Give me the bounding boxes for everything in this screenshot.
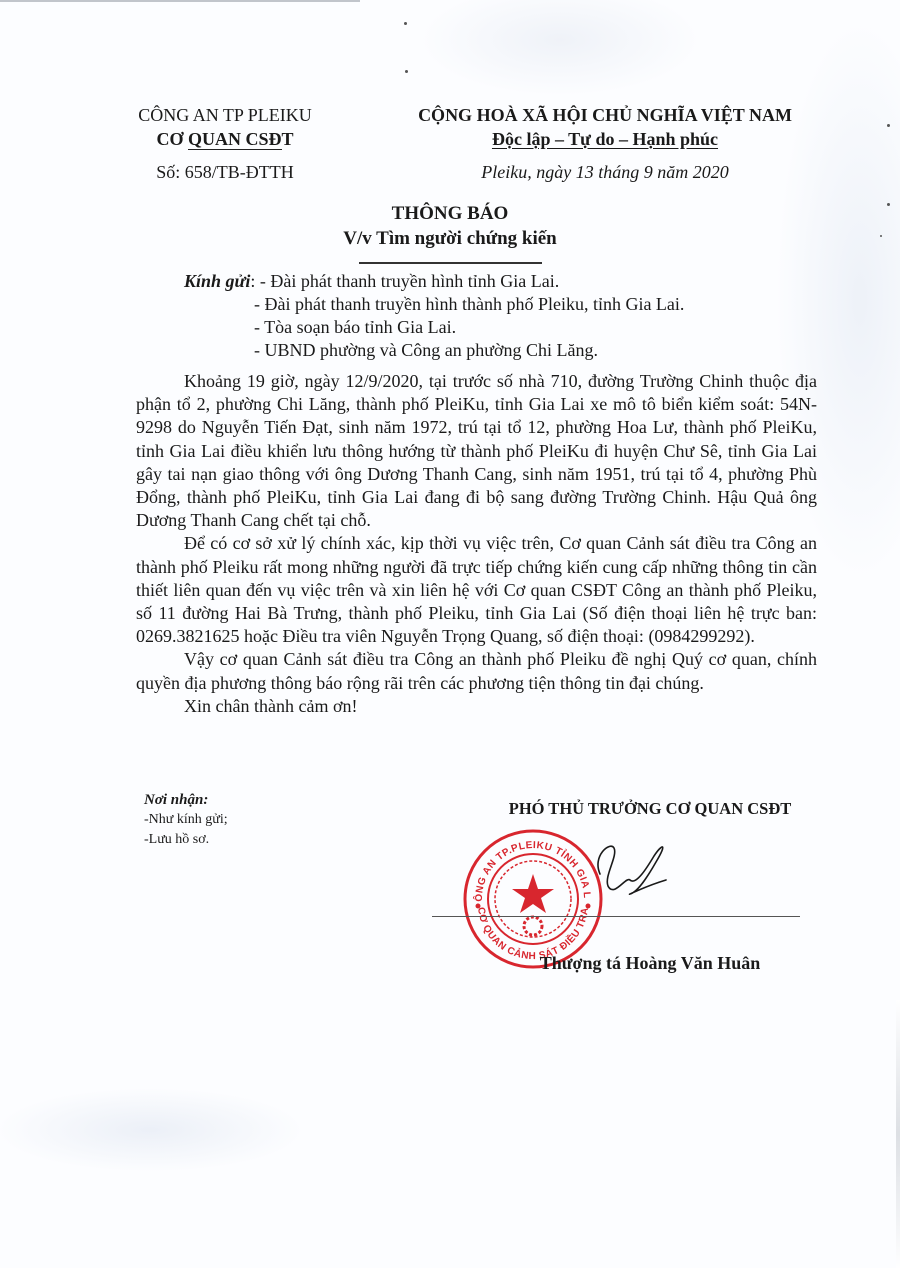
distribution-list: Nơi nhận: -Như kính gửi; -Lưu hồ sơ. [144,790,228,850]
issuing-agency: CÔNG AN TP PLEIKU CƠ QUAN CSĐT Số: 658/T… [110,103,340,184]
signer-name: Thượng tá Hoàng Văn Huân [470,953,830,974]
nation-name: CỘNG HOÀ XÃ HỘI CHỦ NGHĨA VIỆT NAM [380,103,830,127]
title-main: THÔNG BÁO [0,201,900,226]
scan-speck [404,22,407,25]
recipient-item: Kính gửi: - Đài phát thanh truyền hình t… [184,270,684,293]
official-seal-icon: CÔNG AN TP.PLEIKU TỈNH GIA LAI CƠ QUAN C… [462,828,604,970]
body-paragraph: Xin chân thành cảm ơn! [136,695,817,718]
national-motto: Độc lập – Tự do – Hạnh phúc [380,127,830,151]
document-body: Khoảng 19 giờ, ngày 12/9/2020, tại trước… [136,370,817,718]
body-paragraph: Khoảng 19 giờ, ngày 12/9/2020, tại trước… [136,370,817,532]
signature-line [432,916,800,917]
signer-title: PHÓ THỦ TRƯỞNG CƠ QUAN CSĐT [470,799,830,819]
recipients: Kính gửi: - Đài phát thanh truyền hình t… [184,270,684,362]
distribution-item: -Lưu hồ sơ. [144,830,228,850]
document-title: THÔNG BÁO V/v Tìm người chứng kiến [0,201,900,264]
agency-parent: CÔNG AN TP PLEIKU [110,103,340,127]
recipient-item: - Đài phát thanh truyền hình thành phố P… [184,293,684,316]
body-paragraph: Để có cơ sở xử lý chính xác, kịp thời vụ… [136,532,817,648]
title-subject: V/v Tìm người chứng kiến [0,226,900,251]
recipients-label: Kính gửi [184,271,250,291]
recipient-item: - UBND phường và Công an phường Chi Lăng… [184,339,684,362]
national-header: CỘNG HOÀ XÃ HỘI CHỦ NGHĨA VIỆT NAM Độc l… [380,103,830,184]
scan-edge [0,0,360,2]
scan-speck [887,124,890,127]
body-paragraph: Vậy cơ quan Cảnh sát điều tra Công an th… [136,648,817,694]
agency-name: CƠ QUAN CSĐT [110,127,340,151]
signature-icon [590,836,680,906]
title-divider [359,262,542,264]
recipient-item: - Tòa soạn báo tỉnh Gia Lai. [184,316,684,339]
distribution-label: Nơi nhận: [144,790,228,810]
distribution-item: -Như kính gửi; [144,810,228,830]
scan-speck [405,70,408,73]
scan-edge [896,1000,900,1268]
scanned-page: CÔNG AN TP PLEIKU CƠ QUAN CSĐT Số: 658/T… [0,0,900,1268]
document-number: Số: 658/TB-ĐTTH [110,160,340,184]
place-date: Pleiku, ngày 13 tháng 9 năm 2020 [380,160,830,184]
